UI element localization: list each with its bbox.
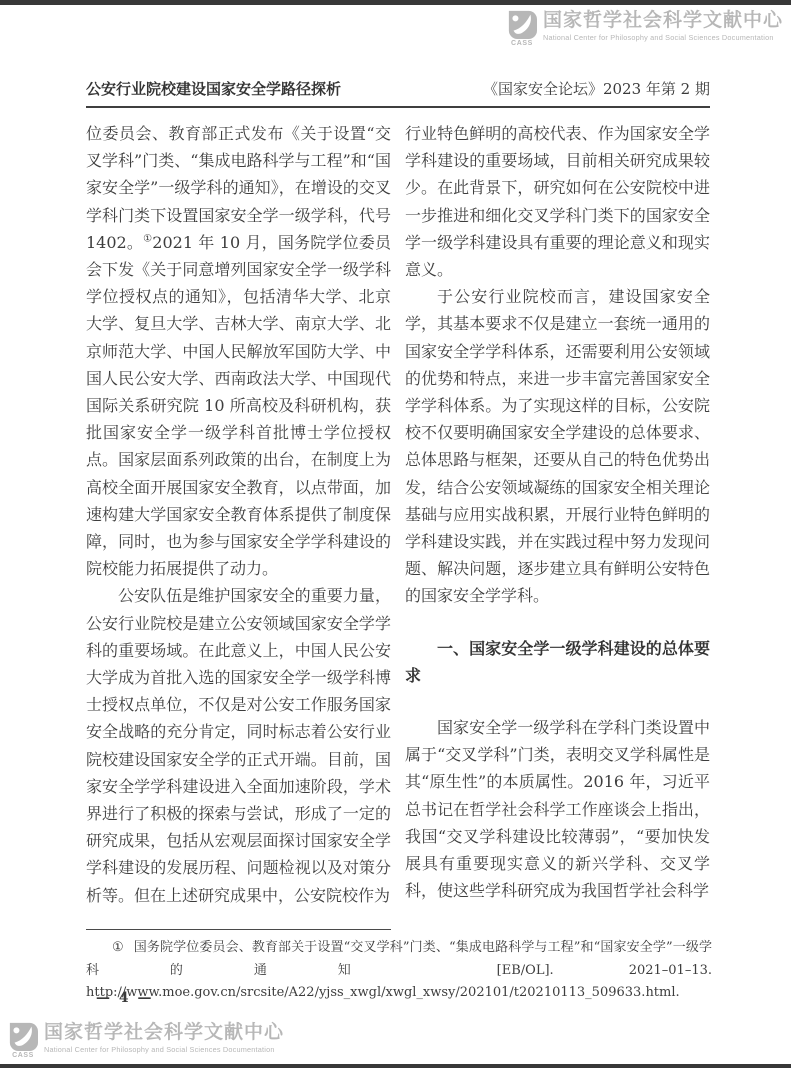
brand-name-cn: 国家哲学社会科学文献中心 — [543, 9, 783, 33]
brand-logo-bottom: CASS 国家哲学社会科学文献中心 National Center for Ph… — [8, 1021, 284, 1059]
article-title: 公安行业院校建设国家安全学路径探析 — [86, 78, 341, 99]
paragraph-continued: 位委员会、教育部正式发布《关于设置“交叉学科”门类、“集成电路科学与工程”和“国… — [86, 120, 391, 582]
brand-abbr: CASS — [511, 40, 533, 47]
footnote-text: 国务院学位委员会、教育部关于设置“交叉学科”门类、“集成电路科学与工程”和“国家… — [86, 940, 712, 1000]
journal-issue: 《国家安全论坛》2023 年第 2 期 — [483, 78, 710, 99]
footnote: ①国务院学位委员会、教育部关于设置“交叉学科”门类、“集成电路科学与工程”和“国… — [86, 937, 712, 1005]
footnote-ref-mark: ① — [143, 233, 152, 244]
brand-name-cn: 国家哲学社会科学文献中心 — [44, 1021, 284, 1045]
paragraph-text: 2021 年 10 月，国务院学位委员会下发《关于同意增列国家安全学一级学科学位… — [86, 233, 391, 578]
brand-logo-top: CASS 国家哲学社会科学文献中心 National Center for Ph… — [507, 9, 783, 47]
paragraph: 公安队伍是维护国家安全的重要力量，公安行业院校是建立公安领域国家安全学学科的重要… — [86, 582, 391, 908]
paragraph: 于公安行业院校而言，建设国家安全学，其基本要求不仅是建立一套统一通用的国家安全学… — [405, 283, 710, 609]
footnote-separator — [86, 929, 391, 930]
left-column: 位委员会、教育部正式发布《关于设置“交叉学科”门类、“集成电路科学与工程”和“国… — [86, 120, 391, 909]
brand-name-en: National Center for Philosophy and Socia… — [44, 1045, 284, 1054]
cass-logo-icon — [507, 9, 537, 39]
running-head: 公安行业院校建设国家安全学路径探析 《国家安全论坛》2023 年第 2 期 — [86, 78, 710, 108]
footnote-marker: ① — [112, 940, 124, 955]
page-number: — 4 — — [96, 990, 154, 1006]
paragraph: 国家安全学一级学科在学科门类设置中属于“交叉学科”门类，表明交叉学科属性是其“原… — [405, 714, 710, 904]
brand-abbr: CASS — [12, 1052, 34, 1059]
right-column: 行业特色鲜明的高校代表、作为国家安全学学科建设的重要场域，目前相关研究成果较少。… — [405, 120, 710, 909]
cass-logo-icon — [8, 1021, 38, 1051]
bottom-edge-bar — [0, 1064, 791, 1068]
brand-name-en: National Center for Philosophy and Socia… — [543, 33, 783, 42]
paragraph-continued: 行业特色鲜明的高校代表、作为国家安全学学科建设的重要场域，目前相关研究成果较少。… — [405, 120, 710, 283]
section-heading: 一、国家安全学一级学科建设的总体要求 — [405, 636, 710, 690]
body-columns: 位委员会、教育部正式发布《关于设置“交叉学科”门类、“集成电路科学与工程”和“国… — [86, 120, 710, 909]
top-edge-bar — [0, 0, 791, 5]
document-page: CASS 国家哲学社会科学文献中心 National Center for Ph… — [0, 0, 791, 1068]
